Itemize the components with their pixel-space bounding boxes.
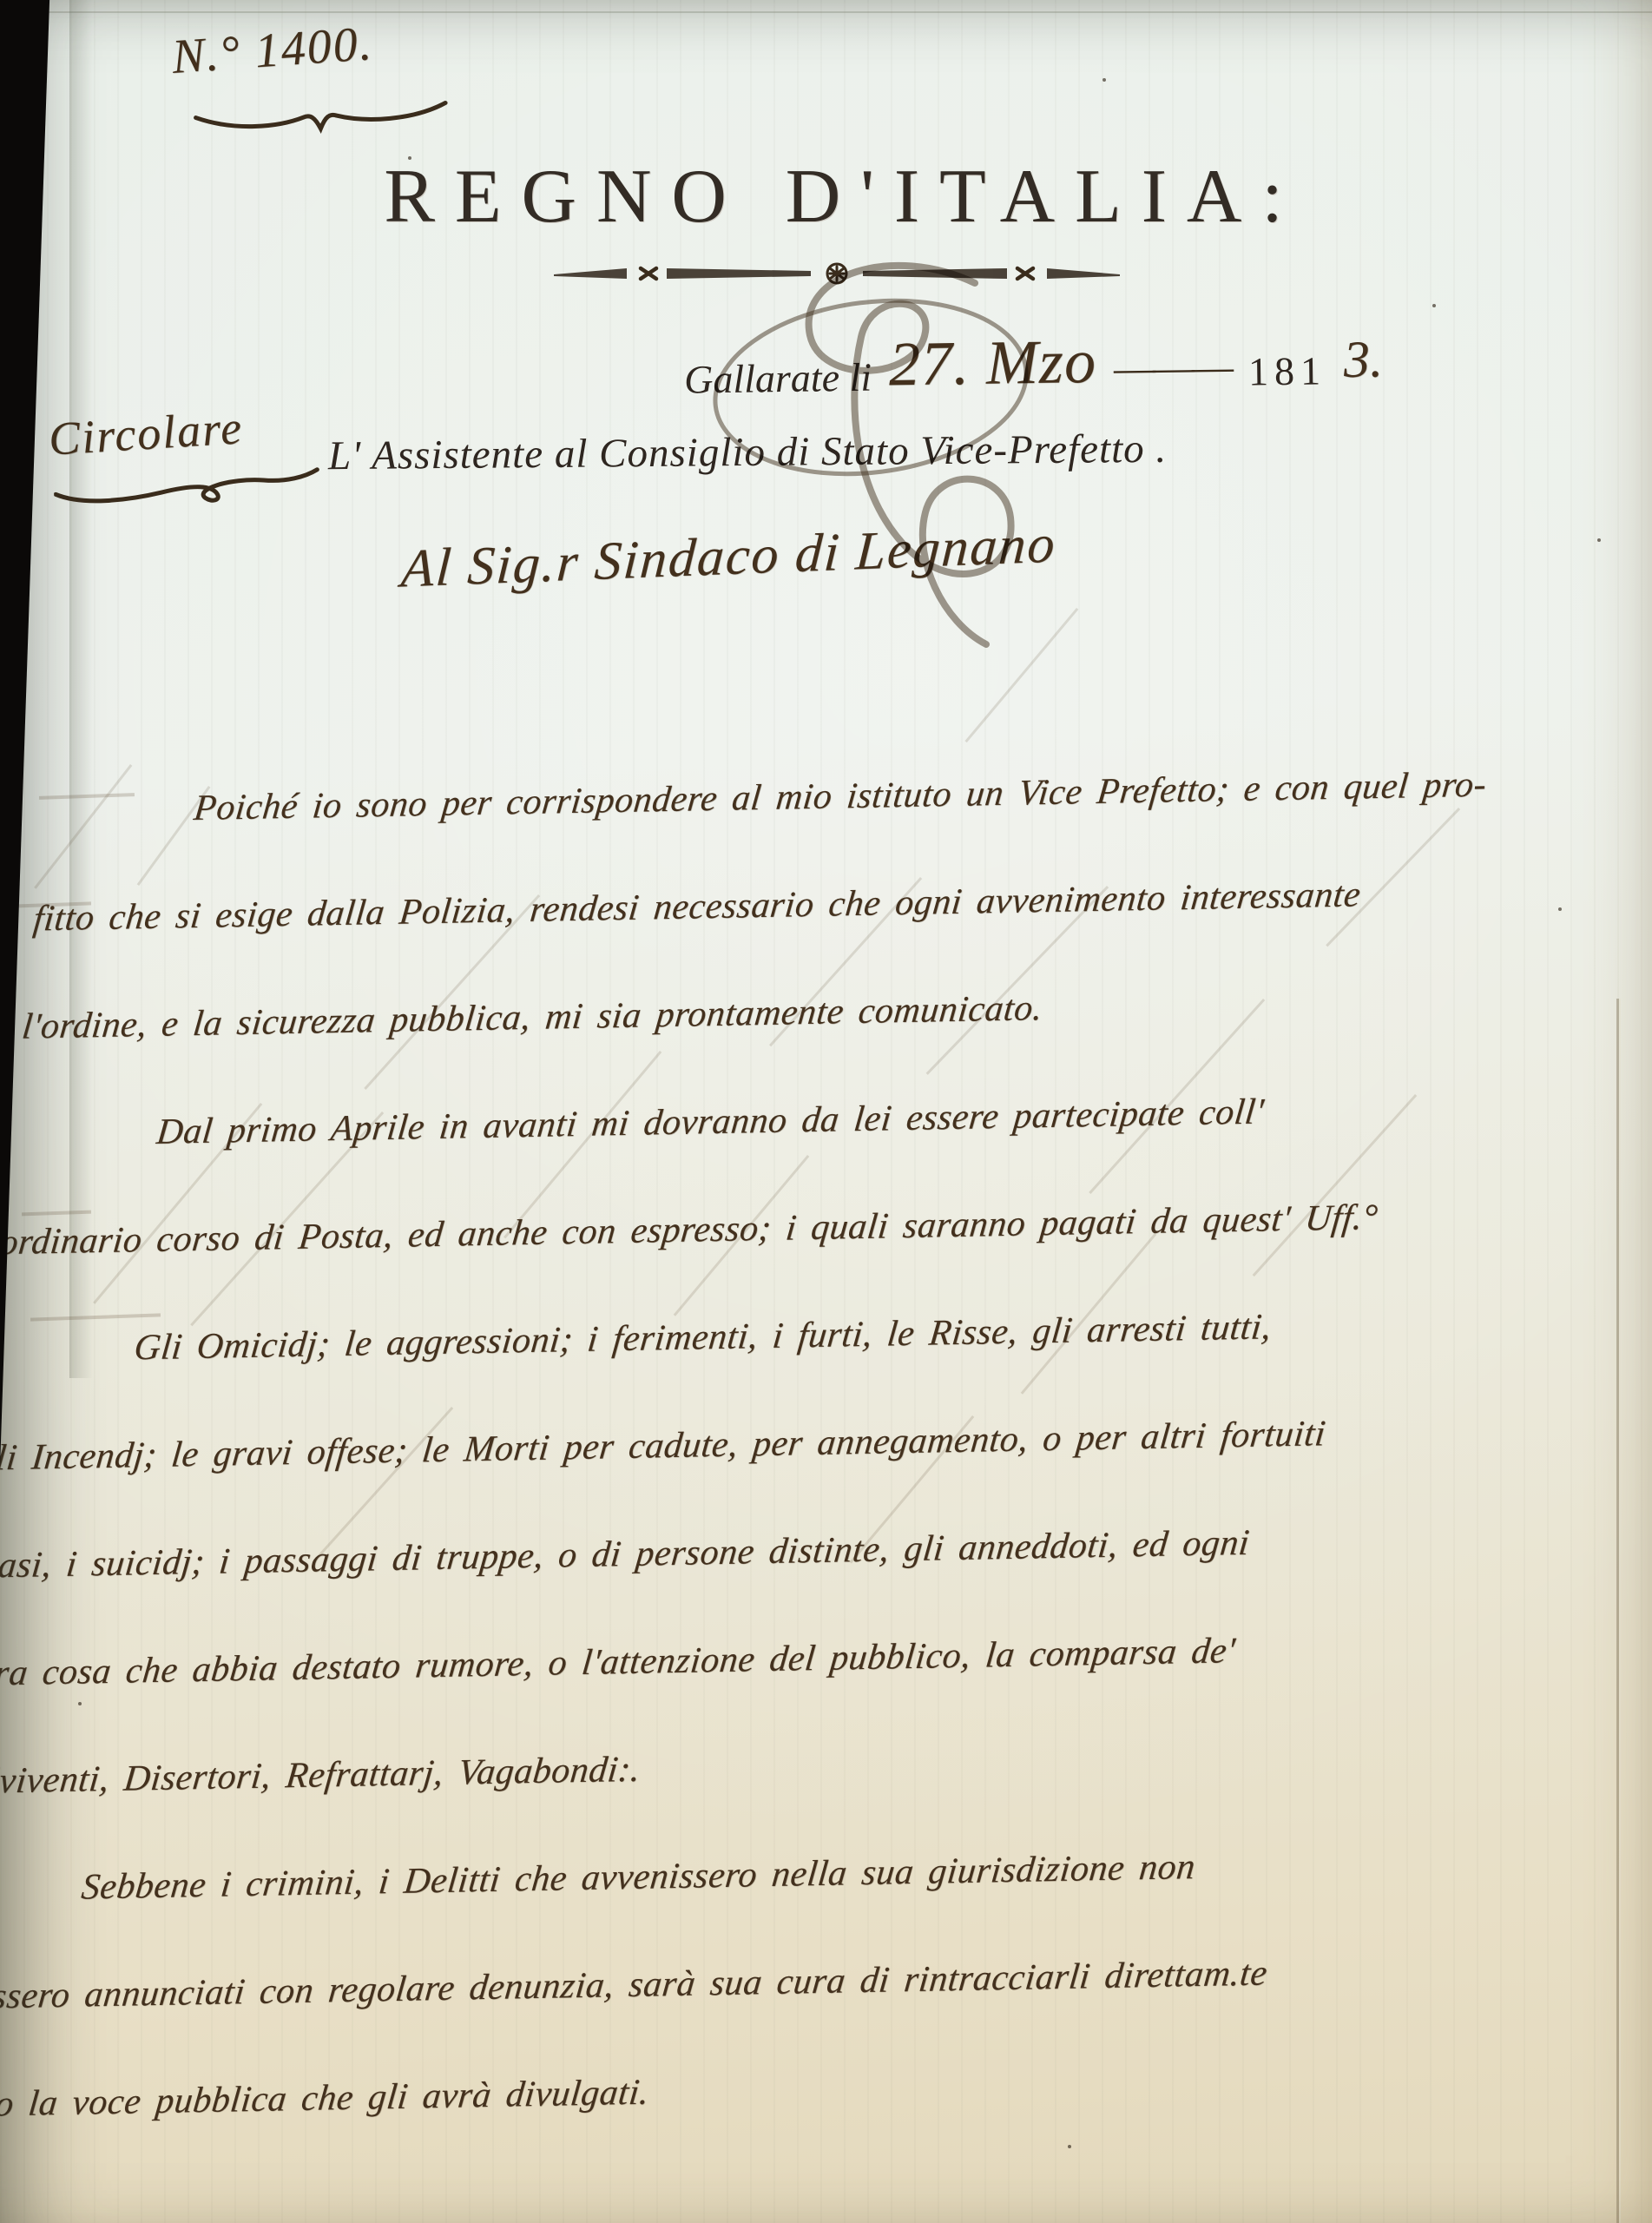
- dateline: Gallarate li 27. Mzo ——— 181 3.: [683, 327, 1383, 408]
- margin-note-circolare: Circolare: [47, 400, 244, 466]
- dateline-dash: ———: [1114, 343, 1232, 392]
- letter-body: Poiché io sono per corrispondere al mio …: [0, 729, 1615, 2160]
- document-title: REGNO D'ITALIA:: [384, 153, 1302, 241]
- sender-line: L' Assistente al Consiglio di Stato Vice…: [328, 425, 1168, 479]
- reference-number: N.° 1400.: [170, 16, 375, 85]
- recipient-line: Al Sig.r Sindaco di Legnano: [399, 513, 1058, 600]
- margin-note-underline-flourish: [53, 466, 323, 511]
- reference-underline-flourish: [190, 96, 452, 148]
- ornamental-divider: [550, 261, 1123, 287]
- underlying-sheet-edge: [1616, 999, 1619, 2223]
- paper-fold-crease-horizontal: [0, 11, 1652, 13]
- dateline-year-printed: 181: [1248, 347, 1327, 394]
- dateline-day-month: 27. Mzo: [888, 326, 1096, 400]
- paper-sheet: N.° 1400. REGNO D'ITALIA: Gallarate li: [0, 0, 1652, 2223]
- dateline-year-digit: 3.: [1343, 329, 1383, 390]
- scanned-letter: N.° 1400. REGNO D'ITALIA: Gallarate li: [0, 0, 1652, 2223]
- dateline-place: Gallarate li: [684, 354, 872, 403]
